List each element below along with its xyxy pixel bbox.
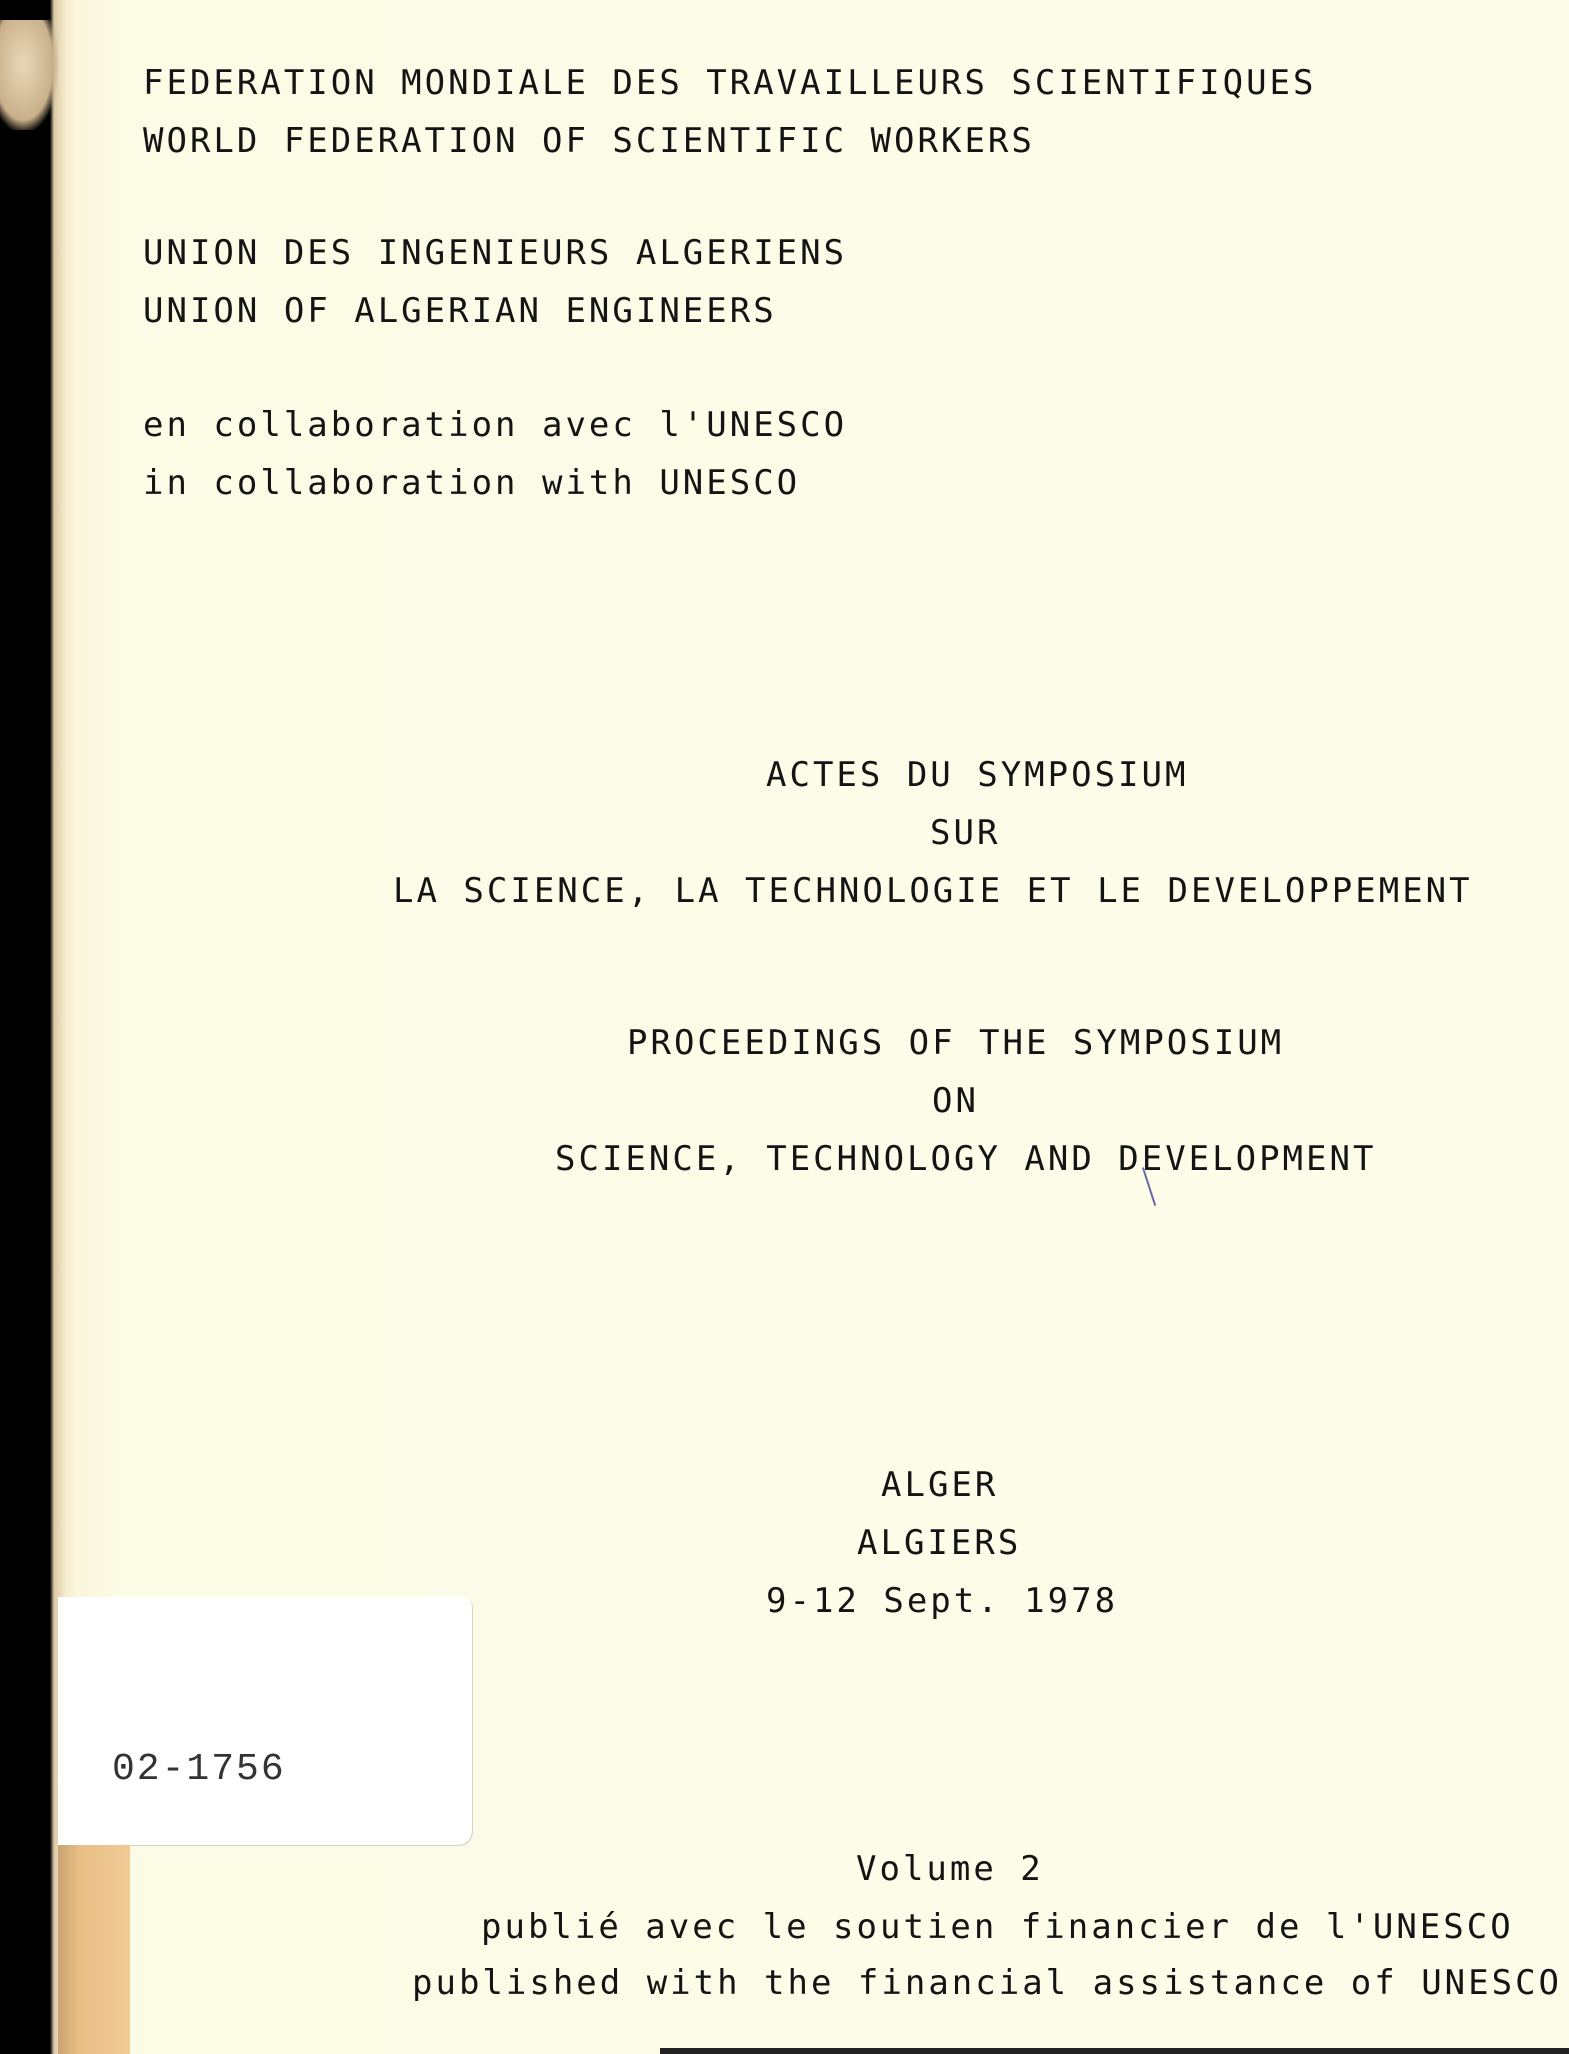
torn-corner (0, 20, 58, 130)
org-line-en-2: UNION OF ALGERIAN ENGINEERS (143, 294, 777, 328)
org-line-en-1: WORLD FEDERATION OF SCIENTIFIC WORKERS (143, 124, 1035, 158)
symposium-dates: 9-12 Sept. 1978 (766, 1584, 1118, 1618)
page-bottom-edge (660, 2048, 1569, 2054)
org-line-fr-2: UNION DES INGENIEURS ALGERIENS (143, 236, 847, 270)
title-fr-line-2: SUR (930, 816, 1000, 850)
place-fr: ALGER (881, 1468, 998, 1502)
volume-label: Volume 2 (856, 1852, 1044, 1886)
title-fr-line-3: LA SCIENCE, LA TECHNOLOGIE ET LE DEVELOP… (393, 874, 1473, 908)
title-en-line-3: SCIENCE, TECHNOLOGY AND DEVELOPMENT (555, 1142, 1376, 1176)
spine-tape (58, 1845, 130, 2054)
title-fr-line-1: ACTES DU SYMPOSIUM (766, 758, 1188, 792)
place-en: ALGIERS (857, 1526, 1021, 1560)
org-line-fr-1: FEDERATION MONDIALE DES TRAVAILLEURS SCI… (143, 66, 1317, 100)
collaboration-en: in collaboration with UNESCO (143, 466, 800, 500)
title-en-line-2: ON (932, 1084, 979, 1118)
funding-fr: publié avec le soutien financier de l'UN… (481, 1910, 1514, 1944)
collaboration-fr: en collaboration avec l'UNESCO (143, 408, 847, 442)
title-en-line-1: PROCEEDINGS OF THE SYMPOSIUM (627, 1026, 1284, 1060)
call-number: 02-1756 (112, 1748, 286, 1791)
library-label (58, 1597, 472, 1845)
spine-edge (0, 0, 66, 2054)
funding-en: published with the financial assistance … (412, 1966, 1562, 2000)
